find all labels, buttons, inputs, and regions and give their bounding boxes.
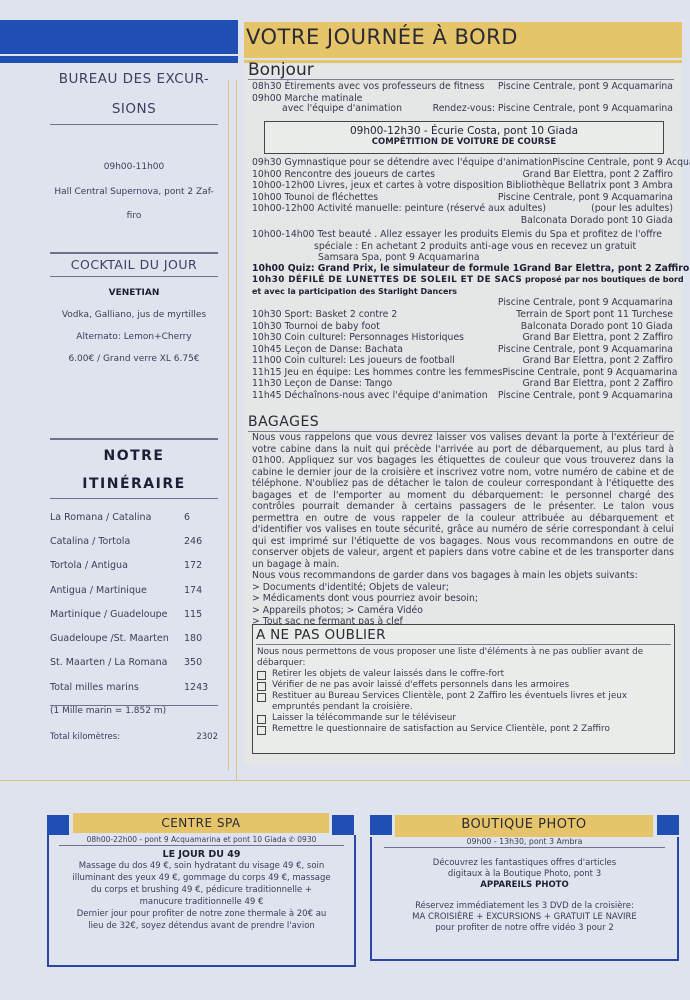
photo-line-3: APPAREILS PHOTO bbox=[372, 880, 677, 891]
highlight-box: 09h00-12h30 - Écurie Costa, pont 10 Giad… bbox=[264, 121, 664, 154]
schedule-row: 10h00 Tounoi de fléchettesPiscine Centra… bbox=[252, 192, 673, 204]
itinerary-note: (1 Mille marin = 1.852 m) bbox=[50, 706, 218, 716]
photo-line-6: pour profiter de notre offre vidéo 3 pou… bbox=[372, 923, 677, 934]
itinerary-section: NOTRE ITINÉRAIRE La Romana / Catalina6Ca… bbox=[50, 438, 218, 749]
spa-corner-right bbox=[332, 815, 354, 835]
photo-corner-left bbox=[370, 815, 392, 835]
photo-hours: 09h00 - 13h30, pont 3 Ambra bbox=[384, 837, 665, 848]
schedule-row: 11h45 Déchaînons-nous avec l'équipe d'an… bbox=[252, 390, 673, 402]
divider bbox=[248, 79, 674, 80]
greeting: Bonjour bbox=[248, 60, 314, 80]
schedule-row: 10h00 Rencontre des joueurs de cartesGra… bbox=[252, 169, 673, 181]
spa-box: 08h00-22h00 - pont 9 Acquamarina et pont… bbox=[47, 835, 356, 967]
checklist-intro: Nous nous permettons de vous proposer un… bbox=[257, 647, 668, 669]
section-divider bbox=[0, 780, 690, 781]
schedule-row: 10h30 Sport: Basket 2 contre 2Terrain de… bbox=[252, 309, 673, 321]
checklist-item: Remettre le questionnaire de satisfactio… bbox=[257, 724, 668, 735]
checklist-items: Retirer les objets de valeur laissés dan… bbox=[257, 669, 668, 735]
cocktail-price: 6.00€ / Grand verre XL 6.75€ bbox=[50, 354, 218, 364]
checkbox-icon[interactable] bbox=[257, 726, 266, 735]
schedule-row: 11h30 Leçon de Danse: TangoGrand Bar Ele… bbox=[252, 378, 673, 390]
column-divider bbox=[228, 80, 229, 770]
photo-line-1: Découvrez les fantastiques offres d'arti… bbox=[372, 858, 677, 869]
cocktail-section: COCKTAIL DU JOUR VENETIAN Vodka, Gallian… bbox=[50, 252, 218, 364]
bagages-list-item: > Médicaments dont vous pourriez avoir b… bbox=[252, 593, 674, 605]
schedule-row: 09h30 Gymnastique pour se détendre avec … bbox=[252, 157, 673, 169]
divider bbox=[50, 438, 218, 440]
itinerary-table: La Romana / Catalina6Catalina / Tortola2… bbox=[50, 505, 218, 699]
divider bbox=[256, 644, 671, 645]
itinerary-row: Antigua / Martinique174 bbox=[50, 578, 218, 602]
schedule-list: 09h30 Gymnastique pour se détendre avec … bbox=[252, 157, 673, 226]
quiz-row: 10h00 Quiz: Grand Prix, le simulateur de… bbox=[252, 263, 673, 275]
bagages-list: > Documents d'identité; Objets de valeur… bbox=[252, 582, 674, 628]
schedule-row: 10h00-12h00 Activité manuelle: peinture … bbox=[252, 203, 673, 215]
checkbox-icon[interactable] bbox=[257, 671, 266, 680]
excursions-title-1: BUREAU DES EXCUR- bbox=[50, 64, 218, 94]
excursions-hours: 09h00-11h00 bbox=[50, 162, 218, 172]
itinerary-row: Guadeloupe /St. Maarten180 bbox=[50, 626, 218, 650]
photo-box: 09h00 - 13h30, pont 3 Ambra Découvrez le… bbox=[370, 837, 679, 961]
excursions-section: BUREAU DES EXCUR- SIONS 09h00-11h00 Hall… bbox=[50, 64, 218, 221]
checklist-item: Restituer au Bureau Services Clientèle, … bbox=[257, 691, 668, 713]
excursions-location-cont: firo bbox=[50, 211, 218, 221]
itinerary-row: Total milles marins1243 bbox=[50, 675, 218, 699]
schedule-list-2: 10h30 Sport: Basket 2 contre 2Terrain de… bbox=[252, 309, 673, 401]
photo-line-5: MA CROISIÈRE + EXCURSIONS + GRATUIT LE N… bbox=[372, 912, 677, 923]
schedule-row: 11h00 Coin culturel: Les joueurs de foot… bbox=[252, 355, 673, 367]
cocktail-name: VENETIAN bbox=[50, 288, 218, 298]
defile-row-2: et avec la participation des Starlight D… bbox=[252, 286, 673, 298]
divider bbox=[50, 276, 218, 277]
checklist-box: A NE PAS OUBLIER Nous nous permettons de… bbox=[252, 624, 675, 754]
spa-subtitle: LE JOUR DU 49 bbox=[49, 849, 354, 860]
checkbox-icon[interactable] bbox=[257, 715, 266, 724]
schedule-row: 10h30 Coin culturel: Personnages Histori… bbox=[252, 332, 673, 344]
schedule-row: 10h30 Tournoi de baby footBalconata Dora… bbox=[252, 321, 673, 333]
photo-line-2: digitaux à la Boutique Photo, pont 3 bbox=[372, 869, 677, 880]
bagages-list-item: > Appareils photos; > Caméra Vidéo bbox=[252, 605, 674, 617]
photo-corner-right bbox=[657, 815, 679, 835]
spa-hours: 08h00-22h00 - pont 9 Acquamarina et pont… bbox=[59, 835, 344, 846]
cocktail-ingredients: Vodka, Galliano, jus de myrtilles bbox=[50, 310, 218, 320]
schedule-row: Piscine Centrale, pont 9 Acquamarina bbox=[252, 297, 673, 309]
itinerary-row: Catalina / Tortola246 bbox=[50, 529, 218, 553]
highlight-event: COMPÉTITION DE VOITURE DE COURSE bbox=[265, 137, 663, 147]
checkbox-icon[interactable] bbox=[257, 682, 266, 691]
spa-title: CENTRE SPA bbox=[73, 813, 329, 833]
total-km-row: Total kilomètres: 2302 bbox=[50, 724, 218, 748]
excursions-location: Hall Central Supernova, pont 2 Zaf- bbox=[50, 187, 218, 197]
spa-text-2: Dernier jour pour profiter de notre zone… bbox=[71, 908, 332, 932]
itinerary-row: St. Maarten / La Romana350 bbox=[50, 651, 218, 675]
spa-corner-left bbox=[47, 815, 69, 835]
beauty-item: 10h00-14h00 Test beauté . Allez essayer … bbox=[252, 229, 674, 264]
checklist-title: A NE PAS OUBLIER bbox=[256, 627, 674, 643]
bagages-list-item: > Documents d'identité; Objets de valeur… bbox=[252, 582, 674, 594]
checklist-item: Retirer les objets de valeur laissés dan… bbox=[257, 669, 668, 680]
total-km-value: 2302 bbox=[196, 732, 218, 742]
itinerary-title-1: NOTRE bbox=[50, 442, 218, 470]
header-blue-bar bbox=[0, 20, 238, 54]
cocktail-alternate: Alternato: Lemon+Cherry bbox=[50, 332, 218, 342]
itinerary-title-2: ITINÉRAIRE bbox=[50, 470, 218, 498]
photo-title: BOUTIQUE PHOTO bbox=[395, 815, 653, 837]
bagages-text: Nous vous rappelons que vous devrez lais… bbox=[252, 432, 674, 628]
checkbox-icon[interactable] bbox=[257, 693, 266, 702]
photo-line-4: Réservez immédiatement les 3 DVD de la c… bbox=[372, 901, 677, 912]
divider bbox=[50, 124, 218, 125]
schedule-row: avec l'équipe d'animation Rendez-vous: P… bbox=[252, 103, 673, 115]
schedule-row: 08h30 Étirements avec vos professeurs de… bbox=[252, 81, 673, 93]
column-divider bbox=[236, 80, 237, 780]
schedule-row: Balconata Dorado pont 10 Giada bbox=[252, 215, 673, 227]
itinerary-row: Tortola / Antigua172 bbox=[50, 554, 218, 578]
total-km-label: Total kilomètres: bbox=[50, 732, 120, 742]
bagages-title: BAGAGES bbox=[248, 414, 319, 430]
schedule-row: 11h15 Jeu en équipe: Les hommes contre l… bbox=[252, 367, 673, 379]
divider bbox=[50, 498, 218, 499]
cocktail-title: COCKTAIL DU JOUR bbox=[50, 254, 218, 276]
header-blue-stripe bbox=[0, 56, 238, 63]
checklist-item: Vérifier de ne pas avoir laissé d'effets… bbox=[257, 680, 668, 691]
schedule-row: 10h00-12h00 Livres, jeux et cartes à vot… bbox=[252, 180, 673, 192]
spa-text: Massage du dos 49 €, soin hydratant du v… bbox=[71, 860, 332, 908]
highlight-time: 09h00-12h30 - Écurie Costa, pont 10 Giad… bbox=[265, 125, 663, 137]
checklist-item: Laisser la télécommande sur le téléviseu… bbox=[257, 713, 668, 724]
excursions-title-2: SIONS bbox=[50, 94, 218, 124]
itinerary-row: La Romana / Catalina6 bbox=[50, 505, 218, 529]
schedule-row: 10h45 Leçon de Danse: BachataPiscine Cen… bbox=[252, 344, 673, 356]
itinerary-row: Martinique / Guadeloupe115 bbox=[50, 602, 218, 626]
page-title: VOTRE JOURNÉE À BORD bbox=[246, 22, 518, 52]
defile-row: 10h30 DÉFILÉ DE LUNETTES DE SOLEIL ET DE… bbox=[252, 274, 673, 287]
